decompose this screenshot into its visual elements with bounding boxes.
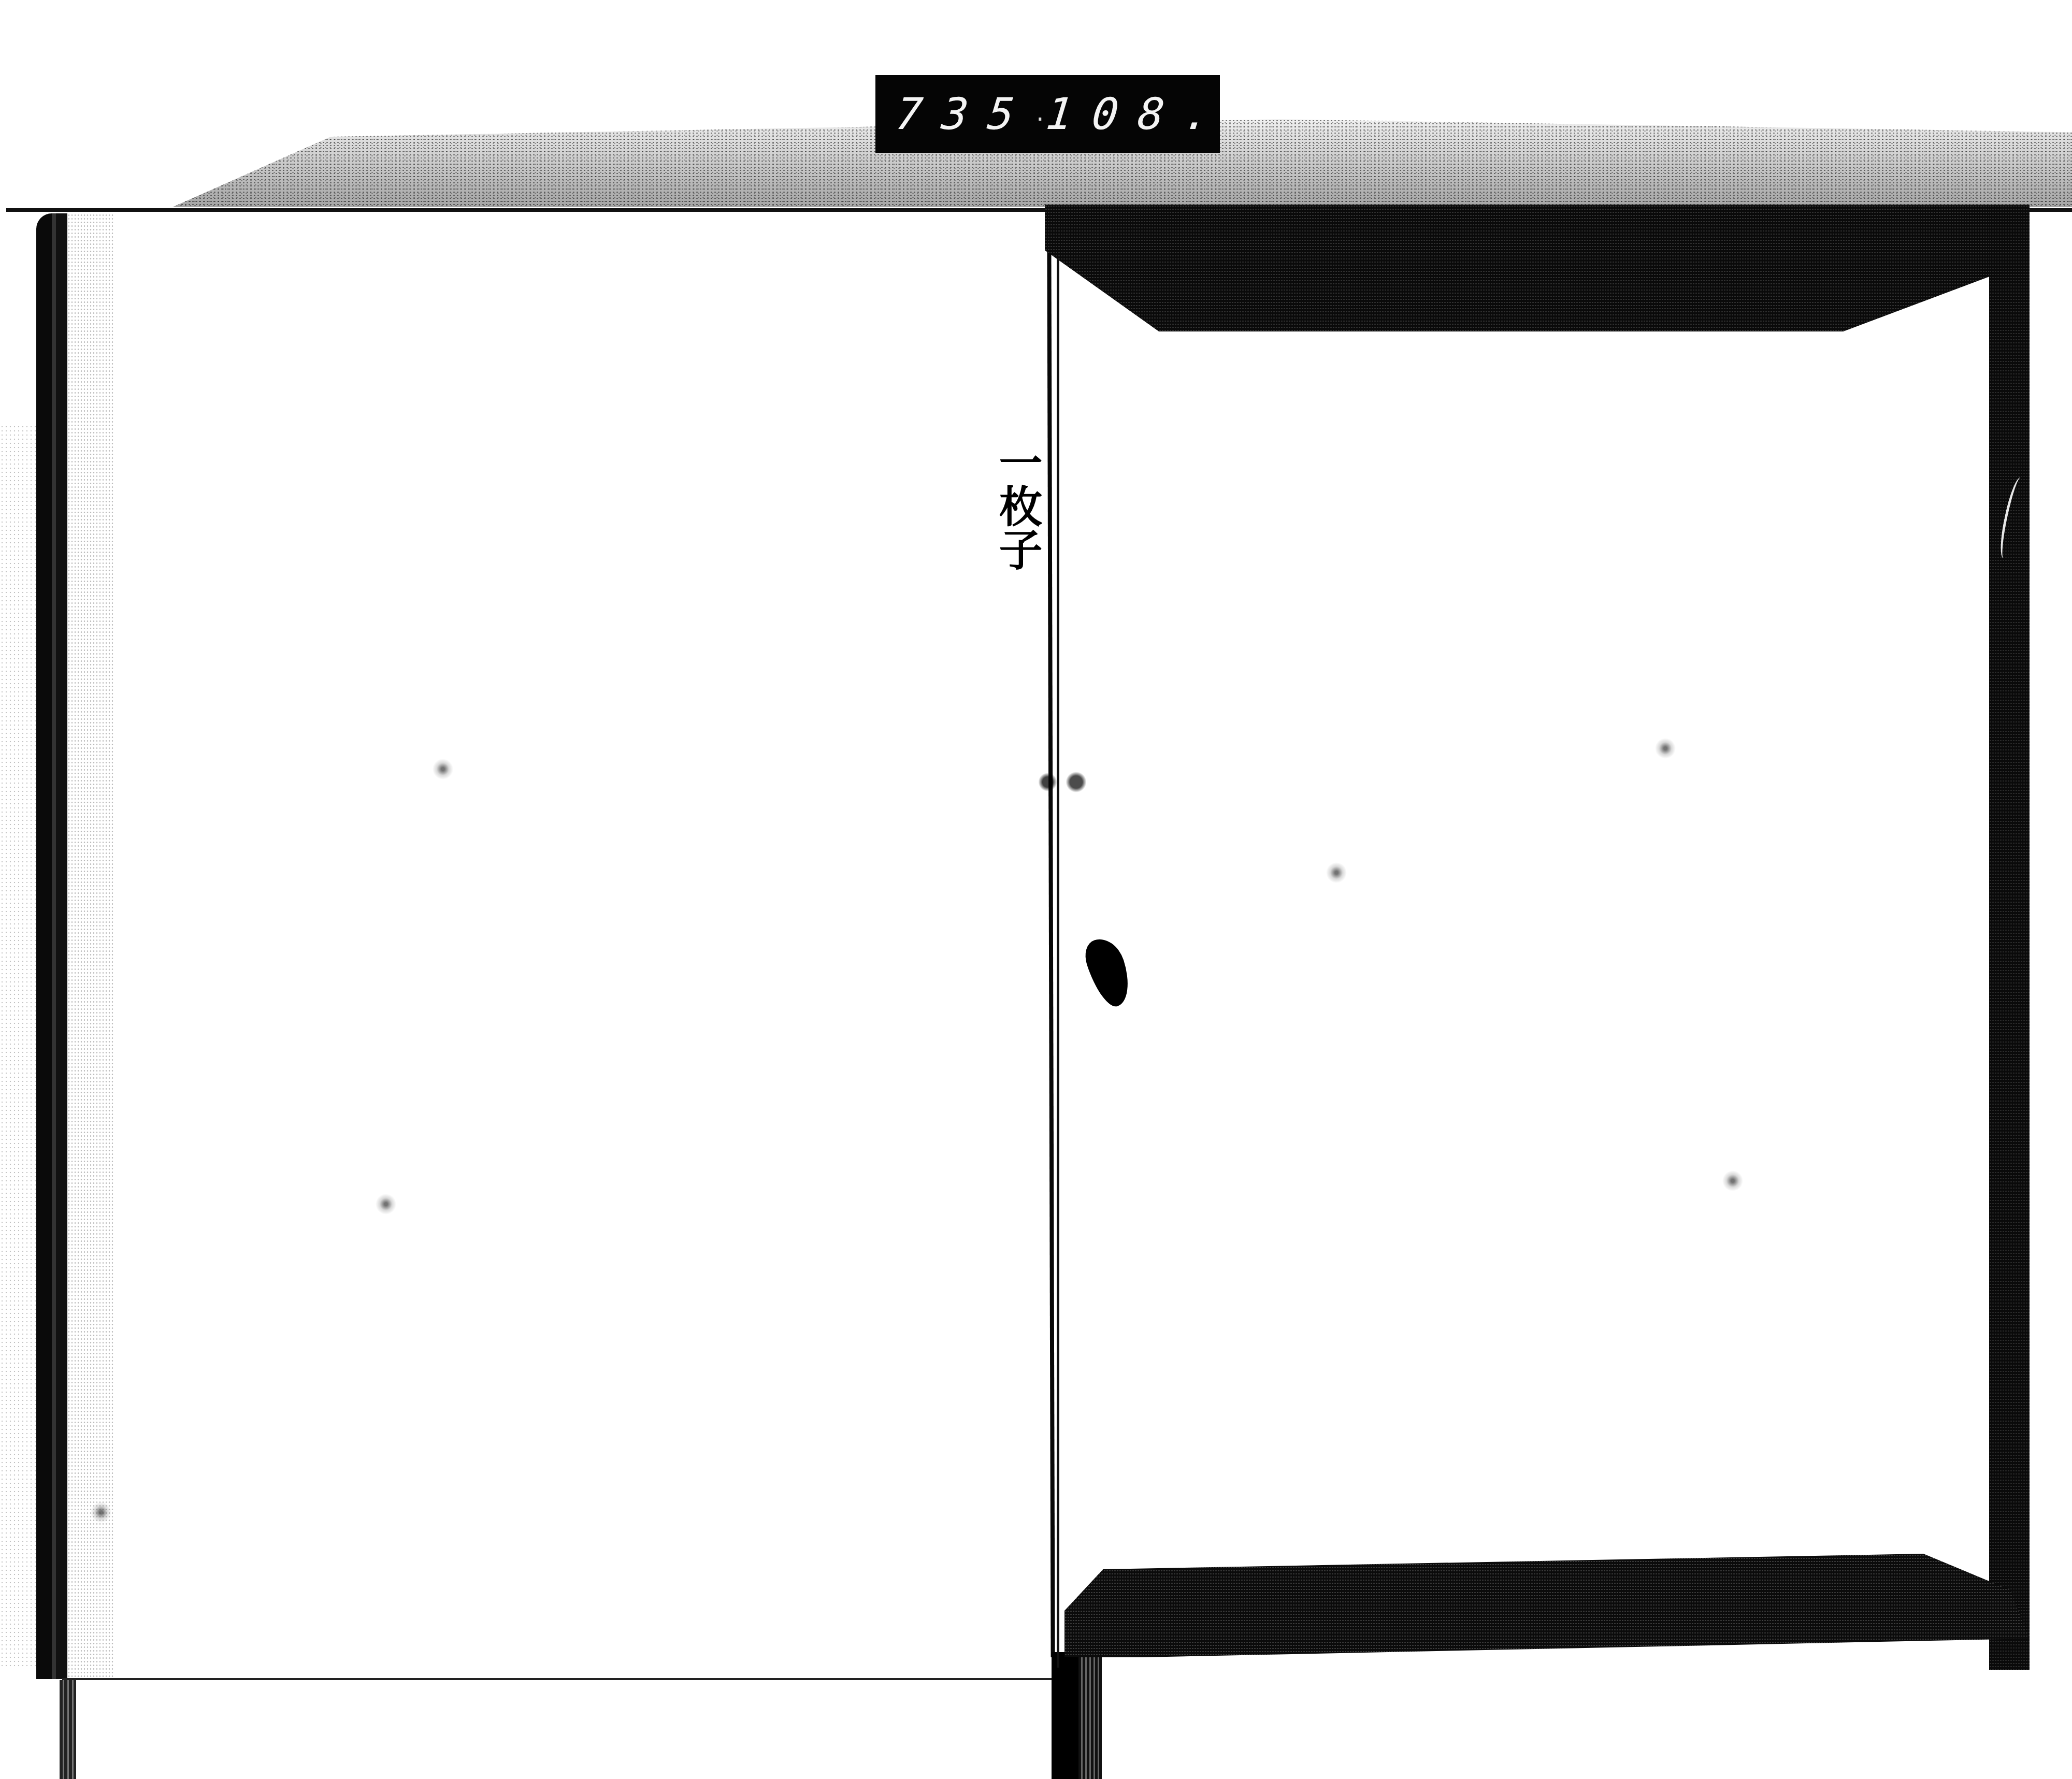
scanned-book-spread: 735 . 108. 一枚子 [0, 0, 2072, 1779]
paper-stain [91, 1502, 111, 1523]
spine-bottom-stub-edge [1078, 1652, 1102, 1779]
paper-stain [1722, 1170, 1743, 1191]
paper-stain [433, 759, 453, 779]
paper-stain [1655, 738, 1676, 759]
left-page-edge [36, 213, 67, 1679]
left-cover-stub [60, 1680, 76, 1779]
left-page [36, 213, 1062, 1679]
spine-inscription: 一枚子 [1005, 440, 1046, 571]
ink-blot [1081, 933, 1136, 1011]
left-page-bottom-edge [62, 1678, 1062, 1680]
binding-turn-in-top [1045, 205, 1995, 331]
accession-label: 735 . 108. [875, 75, 1220, 153]
binding-turn-in-bottom [1064, 1554, 2030, 1657]
paper-stain [1326, 862, 1347, 883]
accession-number-right: 108. [1044, 89, 1233, 139]
left-edge-shadow [67, 213, 114, 1679]
scan-noise-left [0, 425, 36, 1668]
right-page-inner-edge [1057, 218, 1059, 1668]
binding-turn-in-right [1989, 205, 2030, 1670]
accession-number-left: 735 [894, 89, 1037, 139]
spine-stitch-marks [1033, 769, 1090, 795]
spine-bottom-stub [1052, 1652, 1078, 1779]
accession-separator: . [1034, 102, 1046, 126]
paper-stain [376, 1194, 396, 1214]
